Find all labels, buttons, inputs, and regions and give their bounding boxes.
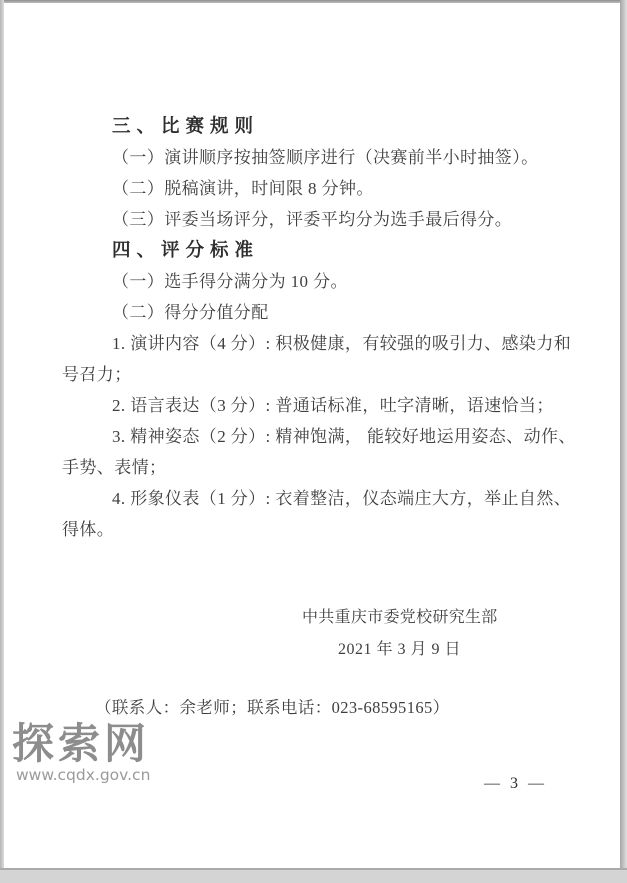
- text-line: 4. 形象仪表（1 分）: 衣着整洁，仪态端庄大方，举止自然、: [62, 483, 574, 514]
- text-line: （二）得分分值分配: [62, 297, 574, 328]
- watermark-url: www.cqdx.gov.cn: [16, 766, 150, 784]
- text-line: （一）选手得分满分为 10 分。: [62, 266, 574, 297]
- signature-organization: 中共重庆市委党校研究生部: [302, 604, 498, 627]
- page-number: — 3 —: [484, 775, 547, 793]
- section-heading-scoring: 四、评分标准: [62, 235, 574, 266]
- signature-date: 2021 年 3 月 9 日: [338, 636, 461, 659]
- page-edge-left: [0, 0, 4, 883]
- section-heading-rules: 三、比赛规则: [62, 111, 574, 142]
- text-line: 3. 精神姿态（2 分）: 精神饱满， 能较好地运用姿态、动作、: [62, 421, 574, 452]
- text-line: 手势、表情；: [62, 452, 574, 483]
- text-line: （三）评委当场评分，评委平均分为选手最后得分。: [62, 204, 574, 235]
- scanned-document-page: 三、比赛规则 （一）演讲顺序按抽签顺序进行（决赛前半小时抽签）。 （二）脱稿演讲…: [0, 0, 627, 883]
- page-edge-bottom: [0, 868, 627, 883]
- contact-info-line: （联系人：余老师；联系电话：023-68595165）: [95, 694, 450, 718]
- text-line: 得体。: [62, 514, 574, 545]
- text-line: 1. 演讲内容（4 分）: 积极健康，有较强的吸引力、感染力和: [62, 328, 574, 359]
- page-edge-right: [620, 0, 627, 883]
- text-line: （二）脱稿演讲，时间限 8 分钟。: [62, 173, 574, 204]
- text-line: 2. 语言表达（3 分）: 普通话标准，吐字清晰，语速恰当；: [62, 390, 574, 421]
- document-body: 三、比赛规则 （一）演讲顺序按抽签顺序进行（决赛前半小时抽签）。 （二）脱稿演讲…: [62, 111, 574, 545]
- text-line: 号召力；: [62, 359, 574, 390]
- watermark-logo: 探索网: [12, 720, 150, 768]
- page-edge-top: [0, 0, 627, 3]
- text-line: （一）演讲顺序按抽签顺序进行（决赛前半小时抽签）。: [62, 142, 574, 173]
